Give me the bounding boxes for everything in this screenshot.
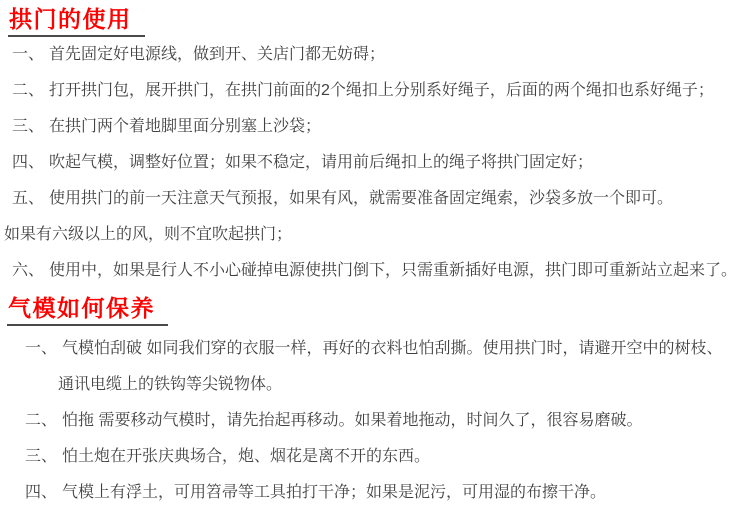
section-title-model-maintenance: 气模如何保养 [7,295,750,326]
item-text: 通讯电缆上的铁钩等尖锐物体。 [58,376,282,393]
section-model-maintenance: 气模如何保养 一、气模怕刮破 如同我们穿的衣服一样，再好的衣料也怕刮撕。使用拱门… [0,295,750,511]
list-item: 四、气模上有浮土，可用笤帚等工具拍打干净；如果是泥污，可用湿的布擦干净。 [0,475,750,511]
list-item: 五、使用拱门的前一天注意天气预报，如果有风，就需要准备固定绳索，沙袋多放一个即可… [0,181,750,217]
item-text: 在拱门两个着地脚里面分别塞上沙袋； [49,118,321,135]
item-text: 气模上有浮土，可用笤帚等工具拍打干净；如果是泥污，可用湿的布擦干净。 [62,484,606,501]
item-text: 使用拱门的前一天注意天气预报，如果有风，就需要准备固定绳索，沙袋多放一个即可。 [49,190,673,207]
list-item-continuation: 如果有六级以上的风，则不宜吹起拱门； [0,217,750,253]
item-text: 怕土炮在开张庆典场合，炮、烟花是离不开的东西。 [62,448,430,465]
item-text: 打开拱门包，展开拱门，在拱门前面的2个绳扣上分别系好绳子，后面的两个绳扣也系好绳… [49,82,714,99]
section-title-text: 气模如何保养 [7,295,168,326]
item-marker: 一、 [12,46,44,63]
list-item: 六、使用中，如果是行人不小心碰掉电源使拱门倒下，只需重新插好电源，拱门即可重新站… [0,253,750,289]
list-item: 一、气模怕刮破 如同我们穿的衣服一样，再好的衣料也怕刮撕。使用拱门时，请避开空中… [0,331,750,367]
item-marker: 六、 [12,262,44,279]
document: 拱门的使用 一、首先固定好电源线，做到开、关店门都无妨碍； 二、打开拱门包，展开… [0,6,750,519]
item-marker: 三、 [12,118,44,135]
item-marker: 二、 [12,82,44,99]
section-title-text: 拱门的使用 [8,6,145,37]
item-text: 怕拖 需要移动气模时，请先抬起再移动。如果着地拖动，时间久了，很容易磨破。 [62,412,642,429]
list-item: 四、吹起气模，调整好位置；如果不稳定，请用前后绳扣上的绳子将拱门固定好； [0,145,750,181]
item-text: 如果有六级以上的风，则不宜吹起拱门； [4,226,292,243]
item-marker: 一、 [25,340,57,357]
item-marker: 二、 [25,412,57,429]
list-item: 二、打开拱门包，展开拱门，在拱门前面的2个绳扣上分别系好绳子，后面的两个绳扣也系… [0,73,750,109]
item-text: 首先固定好电源线，做到开、关店门都无妨碍； [49,46,385,63]
list-item: 一、首先固定好电源线，做到开、关店门都无妨碍； [0,37,750,73]
list-item: 二、怕拖 需要移动气模时，请先抬起再移动。如果着地拖动，时间久了，很容易磨破。 [0,403,750,439]
item-text: 使用中，如果是行人不小心碰掉电源使拱门倒下，只需重新插好电源，拱门即可重新站立起… [49,262,737,279]
list-item-continuation: 通讯电缆上的铁钩等尖锐物体。 [0,367,750,403]
list-item: 三、在拱门两个着地脚里面分别塞上沙袋； [0,109,750,145]
section-title-arch-usage: 拱门的使用 [8,6,750,37]
model-maintenance-list: 一、气模怕刮破 如同我们穿的衣服一样，再好的衣料也怕刮撕。使用拱门时，请避开空中… [0,331,750,511]
item-text: 气模怕刮破 如同我们穿的衣服一样，再好的衣料也怕刮撕。使用拱门时，请避开空中的树… [62,340,722,357]
item-marker: 三、 [25,448,57,465]
list-item: 三、怕土炮在开张庆典场合，炮、烟花是离不开的东西。 [0,439,750,475]
section-arch-usage: 拱门的使用 一、首先固定好电源线，做到开、关店门都无妨碍； 二、打开拱门包，展开… [0,6,750,289]
arch-usage-list: 一、首先固定好电源线，做到开、关店门都无妨碍； 二、打开拱门包，展开拱门，在拱门… [0,37,750,289]
item-text: 吹起气模，调整好位置；如果不稳定，请用前后绳扣上的绳子将拱门固定好； [49,154,593,171]
item-marker: 五、 [12,190,44,207]
item-marker: 四、 [25,484,57,501]
item-marker: 四、 [12,154,44,171]
